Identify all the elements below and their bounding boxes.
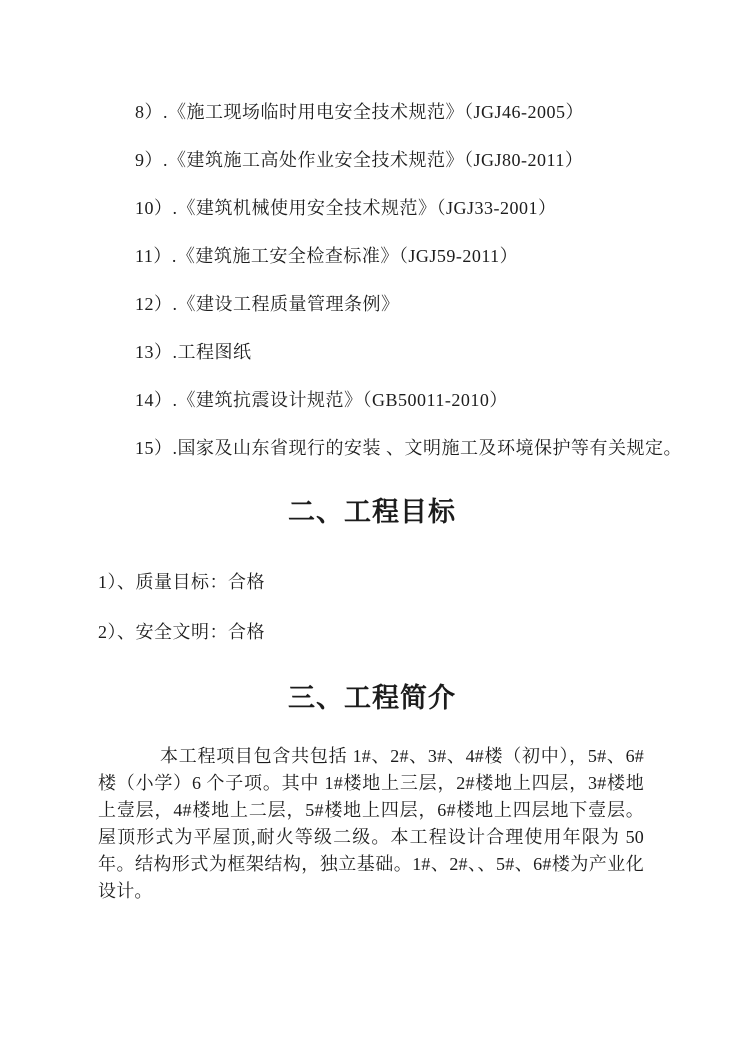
reference-item-15: 15）.国家及山东省现行的安装 、文明施工及环境保护等有关规定。 [135,439,684,458]
reference-item-13: 13）.工程图纸 [135,343,684,362]
section-title-intro: 三、工程简介 [0,683,744,713]
project-intro-paragraph: 本工程项目包含共包括 1#、2#、3#、4#楼（初中），5#、6#楼（小学）6 … [98,743,644,905]
reference-item-8: 8）.《施工现场临时用电安全技术规范》（JGJ46-2005） [135,103,684,122]
goal-item-safety: 2）、安全文明：合格 [98,623,744,642]
reference-item-12: 12）.《建设工程质量管理条例》 [135,295,684,314]
section-title-goals: 二、工程目标 [0,497,744,527]
reference-list: 8）.《施工现场临时用电安全技术规范》（JGJ46-2005） 9）.《建筑施工… [0,0,744,458]
reference-item-14: 14）.《建筑抗震设计规范》（GB50011-2010） [135,391,684,410]
reference-item-11: 11）.《建筑施工安全检查标准》（JGJ59-2011） [135,247,684,266]
document-page: 8）.《施工现场临时用电安全技术规范》（JGJ46-2005） 9）.《建筑施工… [0,0,744,1052]
reference-item-9: 9）.《建筑施工高处作业安全技术规范》（JGJ80-2011） [135,151,684,170]
goal-item-quality: 1）、质量目标：合格 [98,573,744,592]
reference-item-10: 10）.《建筑机械使用安全技术规范》（JGJ33-2001） [135,199,684,218]
